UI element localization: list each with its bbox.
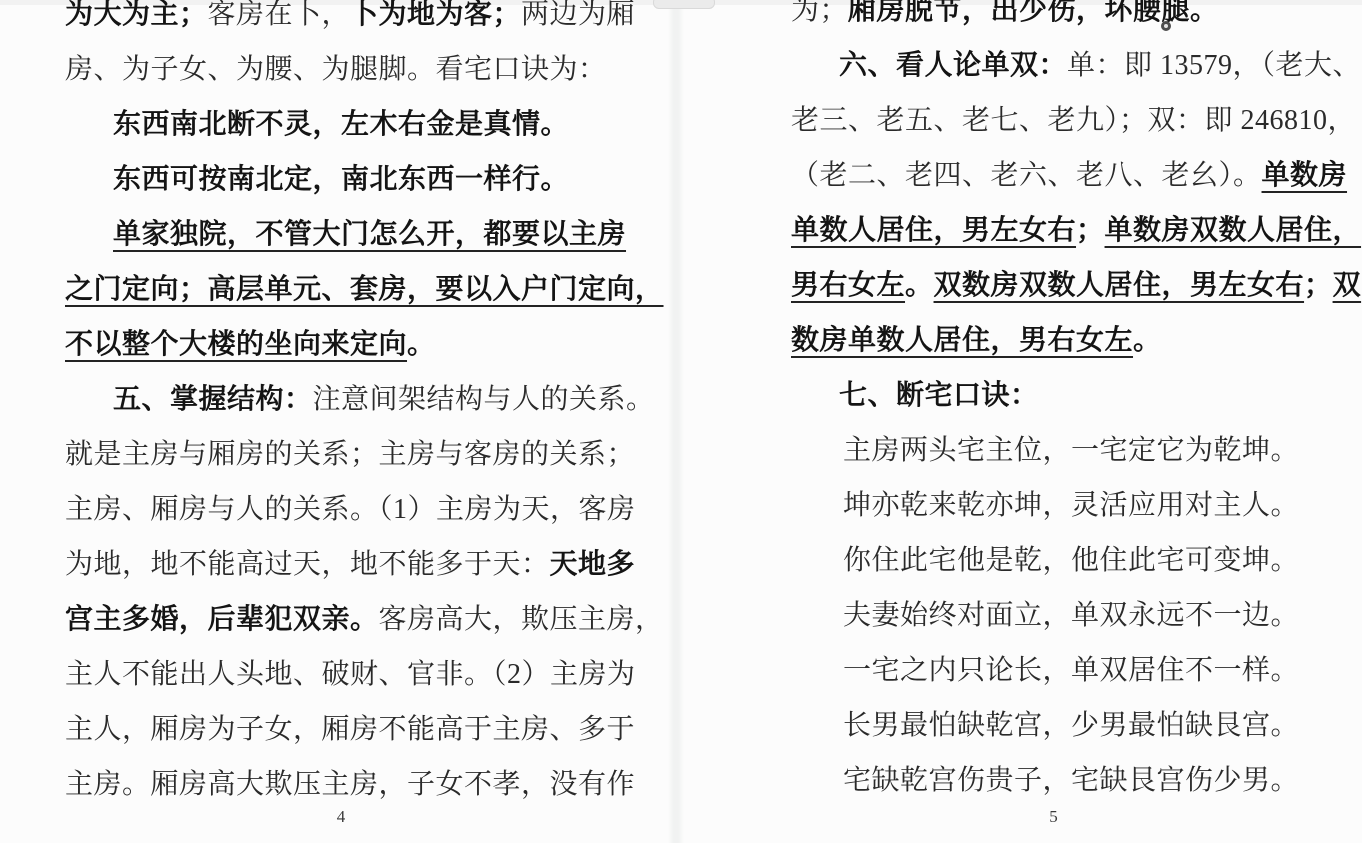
text-segment: 长男最怕缺乾宫，少男最怕缺艮宫。 — [843, 710, 1299, 741]
text-line: 为大为主；客房在卜，卜为地为客；两边为厢 — [65, 0, 617, 42]
text-segment: 双 — [1333, 270, 1362, 301]
text-segment: 。 — [905, 270, 934, 301]
text-line: 七、断宅口诀： — [791, 368, 1316, 423]
text-segment: 夫妻始终对面立，单双永远不一边。 — [843, 600, 1299, 631]
text-segment: 单家独院，不管大门怎么开，都要以主房 — [113, 219, 626, 250]
text-segment: 单数房 — [1262, 160, 1348, 191]
text-segment: 就是主房与厢房的关系；主房与客房的关系； — [65, 439, 635, 470]
text-segment: 之门定向；高层单元、套房，要以入户门定向， — [65, 274, 664, 305]
text-segment: 七、断宅口诀： — [839, 380, 1039, 411]
text-line: 单数人居住，男左女右；单数房双数人居住， — [791, 203, 1316, 258]
text-segment: 双数房双数人居住，男左女右 — [934, 270, 1305, 301]
text-segment: 为地，地不能高过天，地不能多于天： — [65, 549, 550, 580]
text-segment: 厢房脱节，出少伤，坏腰腿。 — [848, 0, 1219, 26]
text-line: 为地，地不能高过天，地不能多于天：天地多 — [65, 537, 617, 592]
text-segment: 天地多 — [550, 549, 636, 580]
text-line: 单家独院，不管大门怎么开，都要以主房 — [65, 207, 617, 262]
text-segment: 东西可按南北定，南北东西一样行。 — [113, 164, 569, 195]
text-segment: 主房。厢房高大欺压主房，子女不孝，没有作 — [65, 769, 635, 800]
text-segment: 坤亦乾来乾亦坤，灵活应用对主人。 — [843, 490, 1299, 521]
text-line: 数房单数人居住，男右女左。 — [791, 313, 1316, 368]
text-line: （老二、老四、老六、老八、老幺）。单数房 — [791, 148, 1316, 203]
book-page-right: 为；厢房脱节，出少伤，坏腰腿。六、看人论单双：单：即 13579，（老大、老三、… — [681, 0, 1362, 843]
text-line: 东西南北断不灵，左木右金是真情。 — [65, 97, 617, 152]
text-segment: 一宅之内只论长，单双居住不一样。 — [843, 655, 1299, 686]
text-segment: 主人，厢房为子女，厢房不能高于主房、多于 — [65, 714, 635, 745]
text-segment: 六、看人论单双： — [839, 50, 1067, 81]
text-segment: ； — [1304, 270, 1333, 301]
text-line: 长男最怕缺乾宫，少男最怕缺艮宫。 — [791, 698, 1316, 753]
text-segment: 单数房双数人居住， — [1105, 215, 1362, 246]
book-page-left: 为大为主；客房在卜，卜为地为客；两边为厢房、为子女、为腰、为腿脚。看宅口诀为：东… — [0, 0, 681, 843]
text-line: 男右女左。双数房双数人居住，男左女右；双 — [791, 258, 1316, 313]
text-line: 一宅之内只论长，单双居住不一样。 — [791, 643, 1316, 698]
text-line: 就是主房与厢房的关系；主房与客房的关系； — [65, 427, 617, 482]
text-line: 坤亦乾来乾亦坤，灵活应用对主人。 — [791, 478, 1316, 533]
page-text-column: 为大为主；客房在卜，卜为地为客；两边为厢房、为子女、为腰、为腿脚。看宅口诀为：东… — [65, 0, 617, 812]
text-line: 主人，厢房为子女，厢房不能高于主房、多于 — [65, 702, 617, 757]
text-line: 你住此宅他是乾，他住此宅可变坤。 — [791, 533, 1316, 588]
text-segment: 两边为厢 — [521, 0, 635, 30]
text-segment: 主人不能出人头地、破财、官非。（2）主房为 — [65, 659, 636, 690]
text-segment: 主房两头宅主位，一宅定它为乾坤。 — [843, 435, 1299, 466]
text-line: 夫妻始终对面立，单双永远不一边。 — [791, 588, 1316, 643]
text-segment: 。 — [407, 329, 436, 360]
text-segment: 主房、厢房与人的关系。（1）主房为天，客房 — [65, 494, 636, 525]
text-segment: 单：即 13579，（老大、 — [1067, 50, 1361, 81]
text-line: 五、掌握结构：注意间架结构与人的关系。 — [65, 372, 617, 427]
text-segment: 男右女左 — [791, 270, 905, 301]
text-line: 不以整个大楼的坐向来定向。 — [65, 317, 617, 372]
text-segment: 东西南北断不灵，左木右金是真情。 — [113, 109, 569, 140]
text-segment: 单数人居住，男左女右 — [791, 215, 1076, 246]
text-segment: 老三、老五、老七、老九）；双：即 246810， — [791, 105, 1356, 136]
text-line: 东西可按南北定，南北东西一样行。 — [65, 152, 617, 207]
text-segment: 宅缺乾宫伤贵子，宅缺艮宫伤少男。 — [843, 765, 1299, 796]
text-line: 为；厢房脱节，出少伤，坏腰腿。 — [791, 0, 1316, 38]
text-line: 主房、厢房与人的关系。（1）主房为天，客房 — [65, 482, 617, 537]
text-segment: 不以整个大楼的坐向来定向 — [65, 329, 407, 360]
text-line: 老三、老五、老七、老九）；双：即 246810， — [791, 93, 1316, 148]
text-line: 房、为子女、为腰、为腿脚。看宅口诀为： — [65, 42, 617, 97]
text-line: 主房两头宅主位，一宅定它为乾坤。 — [791, 423, 1316, 478]
text-segment: 为； — [791, 0, 848, 26]
text-segment: 你住此宅他是乾，他住此宅可变坤。 — [843, 545, 1299, 576]
page-number: 4 — [65, 802, 617, 832]
text-line: 六、看人论单双：单：即 13579，（老大、 — [791, 38, 1316, 93]
text-line: 之门定向；高层单元、套房，要以入户门定向， — [65, 262, 617, 317]
text-segment: 卜为地为客； — [350, 0, 521, 30]
text-segment: ； — [1076, 215, 1105, 246]
text-segment: 客房高大，欺压主房， — [379, 604, 664, 635]
text-segment: 数房单数人居住，男右女左 — [791, 325, 1133, 356]
text-segment: 客房在卜， — [208, 0, 351, 30]
text-line: 宫主多婚，后辈犯双亲。客房高大，欺压主房， — [65, 592, 617, 647]
text-segment: 注意间架结构与人的关系。 — [313, 384, 655, 415]
text-line: 主人不能出人头地、破财、官非。（2）主房为 — [65, 647, 617, 702]
page-number: 5 — [791, 802, 1316, 832]
text-segment: 为大为主； — [65, 0, 208, 30]
text-line: 宅缺乾宫伤贵子，宅缺艮宫伤少男。 — [791, 753, 1316, 808]
text-segment: 。 — [1133, 325, 1162, 356]
text-segment: 五、掌握结构： — [113, 384, 313, 415]
text-segment: 宫主多婚，后辈犯双亲。 — [65, 604, 379, 635]
text-segment: 房、为子女、为腰、为腿脚。看宅口诀为： — [65, 54, 607, 85]
page-text-column: 为；厢房脱节，出少伤，坏腰腿。六、看人论单双：单：即 13579，（老大、老三、… — [791, 0, 1316, 808]
text-segment: （老二、老四、老六、老八、老幺）。 — [791, 160, 1262, 191]
